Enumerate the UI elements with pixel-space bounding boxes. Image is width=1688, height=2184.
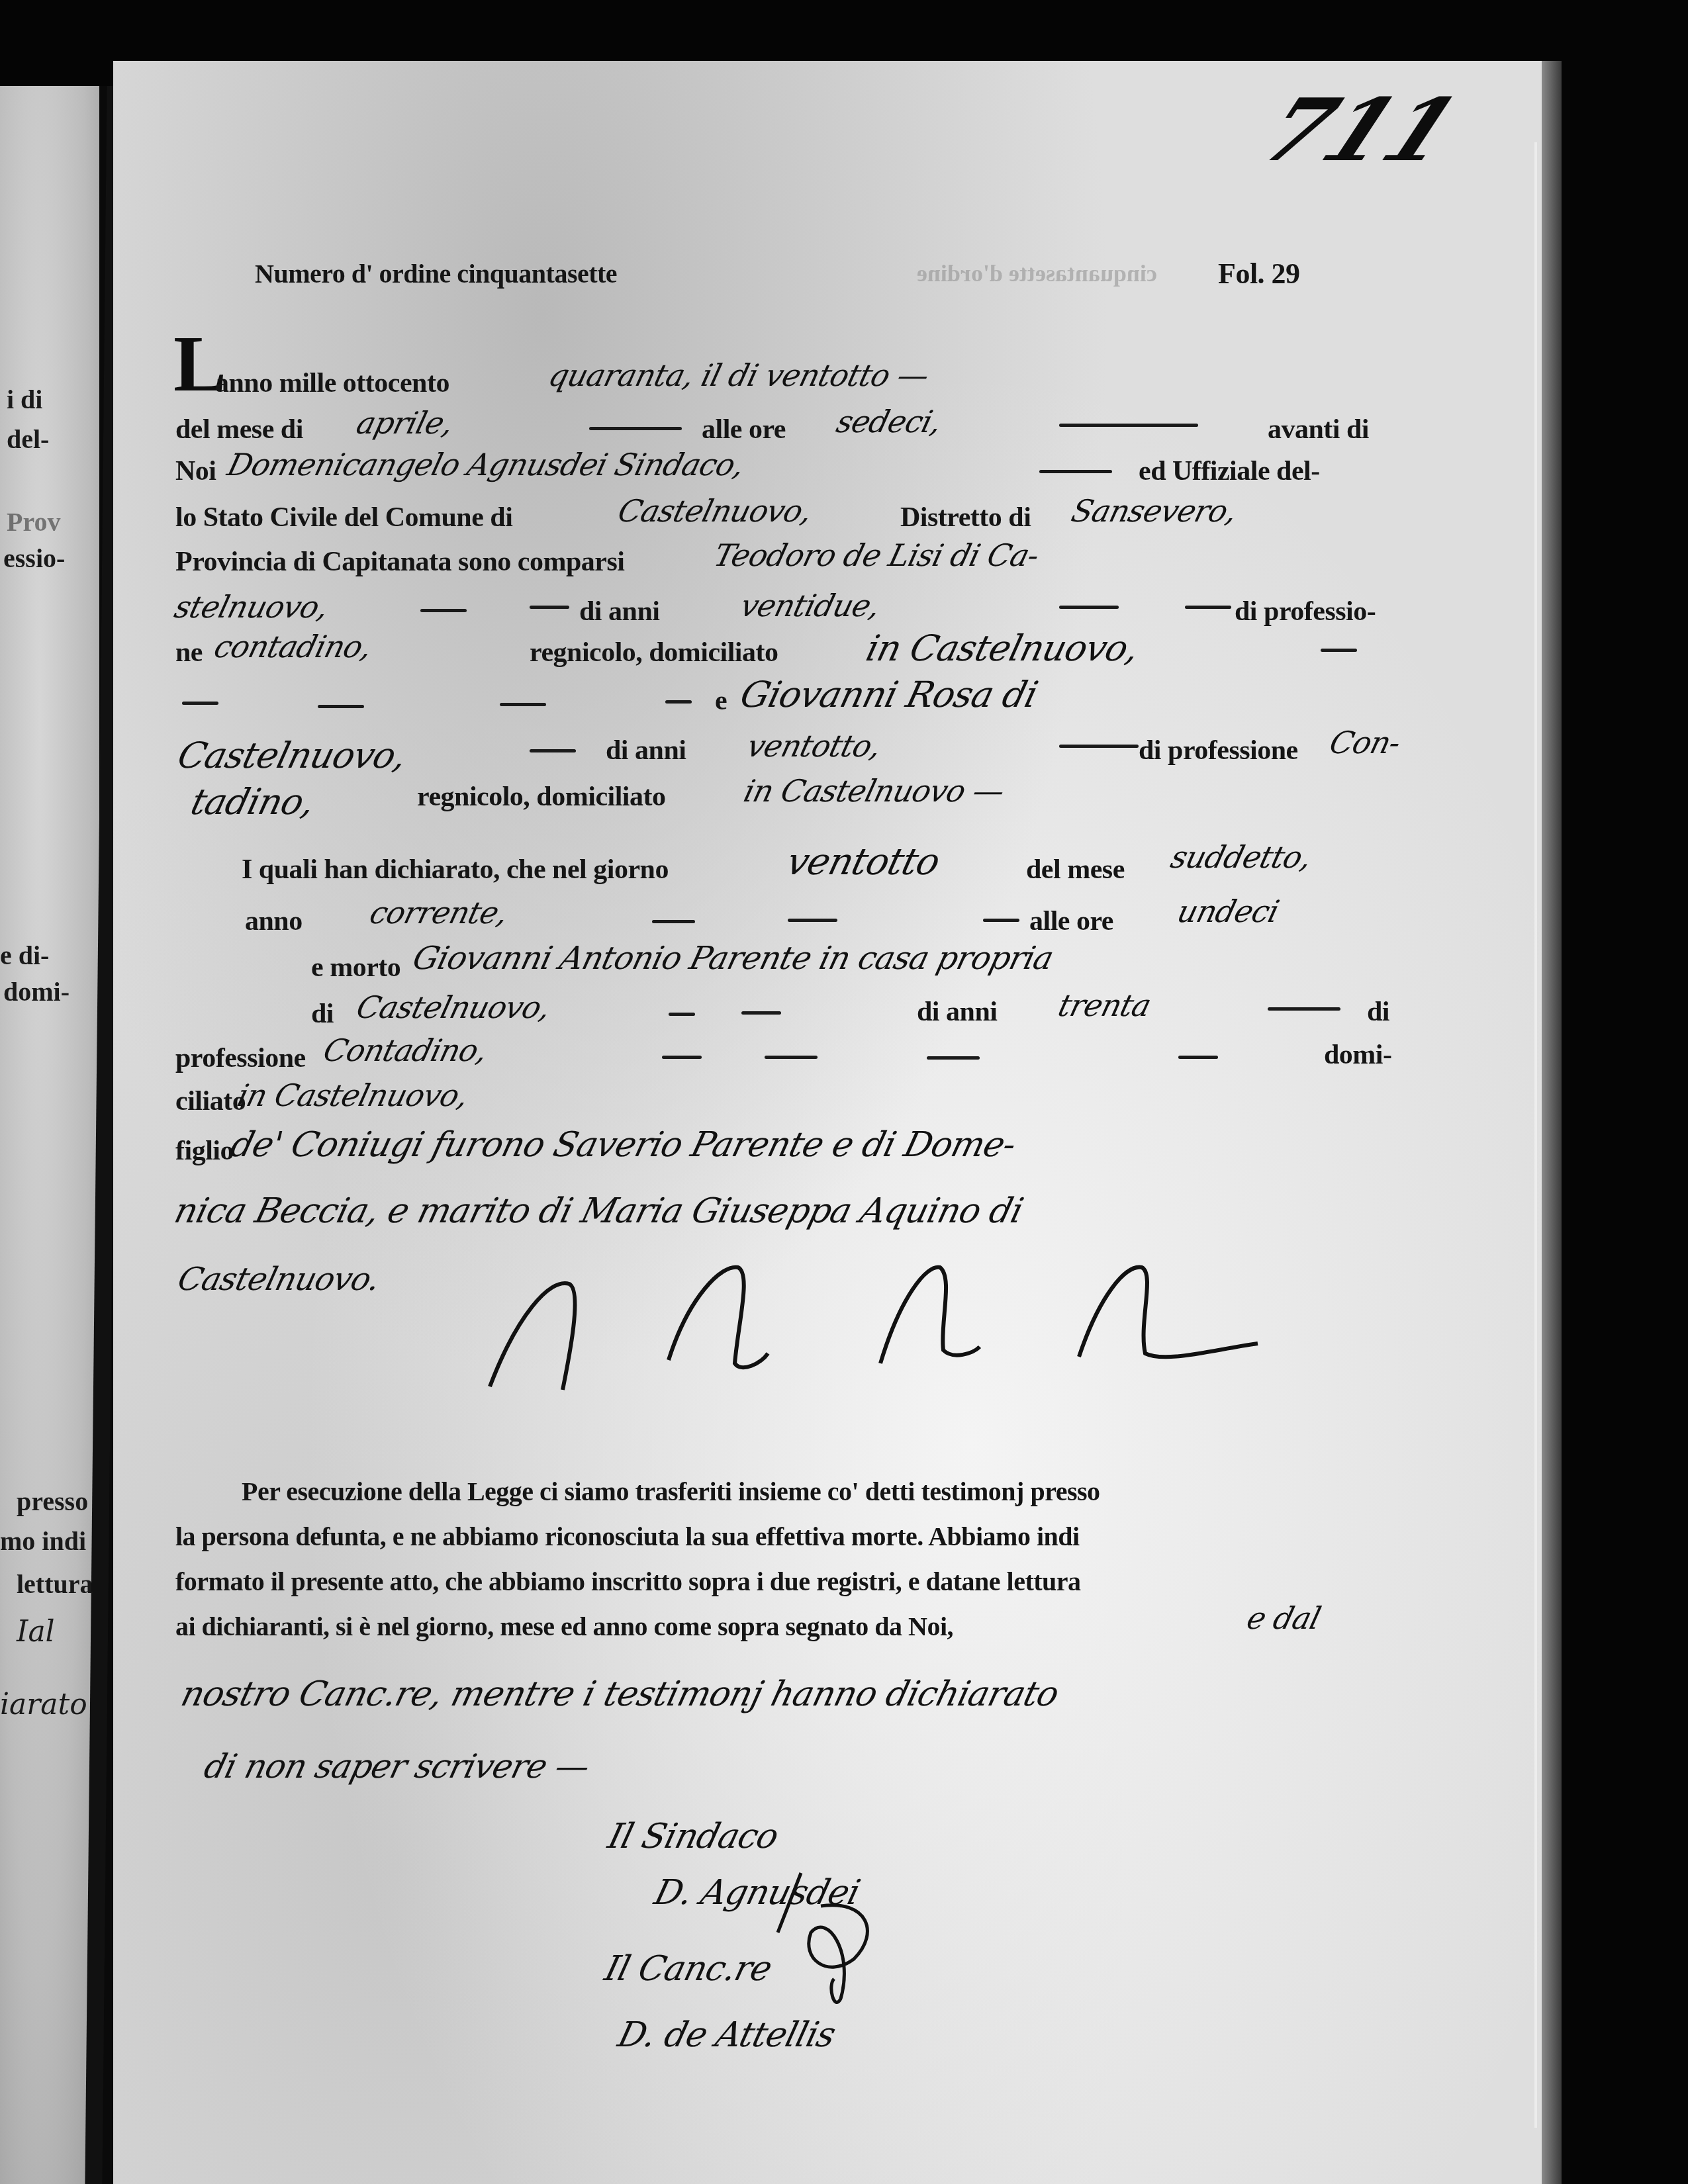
scanned-register-page: i di del- Prov essio- e di- domi- presso… [0, 0, 1688, 2184]
signature-flourish [0, 0, 1688, 2184]
